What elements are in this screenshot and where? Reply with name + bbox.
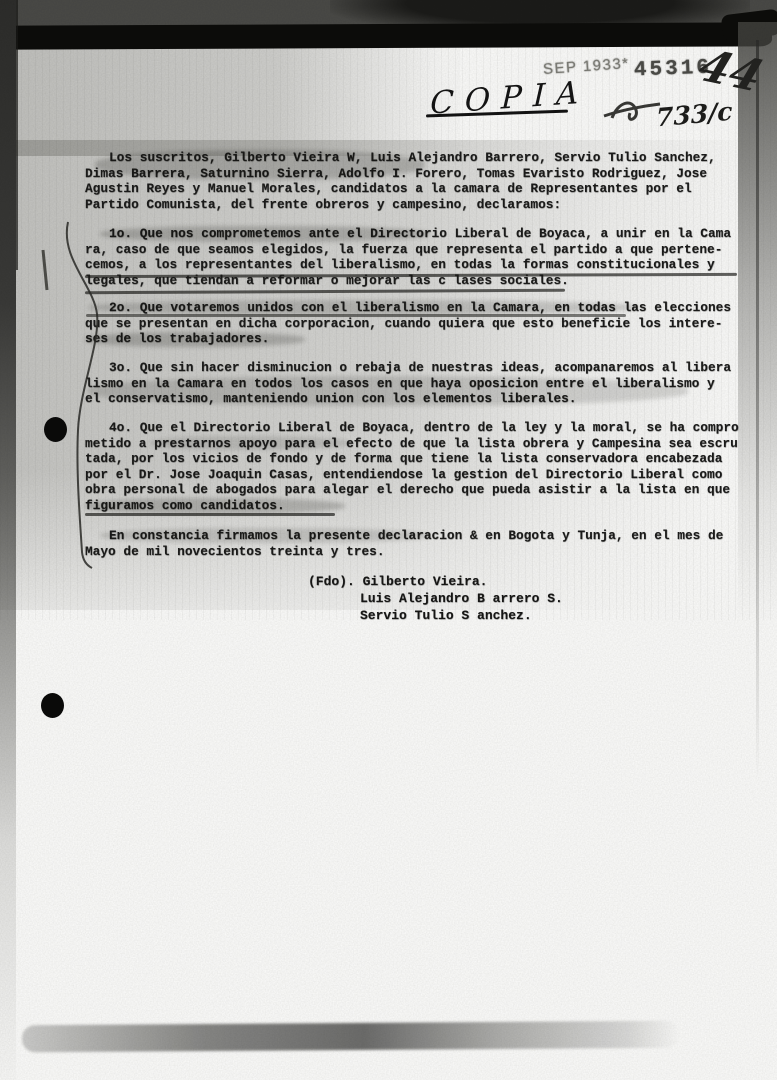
text-line: por el Dr. Jose Joaquin Casas, entendien… xyxy=(85,467,745,483)
hole-punch-top xyxy=(44,417,67,442)
scanned-document-page: COPIA SEP 1933* 45316 44 733/c Los suscr… xyxy=(0,0,777,1080)
hole-punch-bottom xyxy=(41,693,64,718)
text-line: ra, caso de que seamos elegidos, la fuer… xyxy=(85,242,745,258)
ink-smear xyxy=(95,150,425,180)
page-top-shadow-band xyxy=(6,22,772,49)
text-line: 3o. Que sin hacer disminucion o rebaja d… xyxy=(85,360,745,376)
scan-left-line xyxy=(16,0,18,270)
text-line: Mayo de mil novecientos treinta y tres. xyxy=(85,544,745,560)
text-line: 4o. Que el Directorio Liberal de Boyaca,… xyxy=(85,420,745,436)
ink-smear xyxy=(150,436,350,450)
text-line: tada, por los vicios de fondo y de forma… xyxy=(85,451,745,467)
signature-line: Servio Tulio S anchez. xyxy=(308,607,563,624)
scan-left-edge xyxy=(0,0,16,1080)
signature-line: Luis Alejandro B arrero S. xyxy=(308,590,563,607)
signature-block: (Fdo). Gilberto Vieira. Luis Alejandro B… xyxy=(308,573,563,624)
text-line: obra personal de abogados para alegar el… xyxy=(85,482,745,498)
ink-smear xyxy=(88,376,688,406)
scan-right-line xyxy=(756,40,759,780)
ink-smear xyxy=(88,300,638,315)
text-line: cemos, a los representantes del liberali… xyxy=(85,257,745,273)
ink-smear xyxy=(85,332,305,347)
ink-smear xyxy=(100,226,430,242)
text-line: que se presentan en dicha corporacion, c… xyxy=(85,316,745,332)
text-line: Partido Comunista, del frente obreros y … xyxy=(85,197,745,213)
bottom-smudge-band xyxy=(22,1021,680,1053)
ink-smear xyxy=(100,528,430,543)
text-line: Agustin Reyes y Manuel Morales, candidat… xyxy=(85,181,745,197)
signature-line: (Fdo). Gilberto Vieira. xyxy=(308,573,563,590)
ink-smear xyxy=(85,498,345,514)
